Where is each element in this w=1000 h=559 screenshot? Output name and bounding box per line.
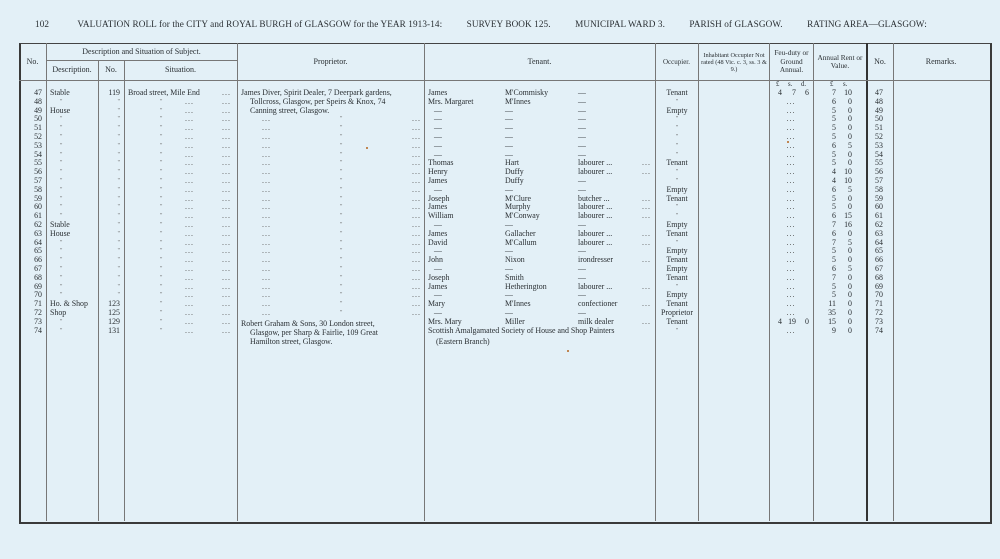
unit-pence: d. xyxy=(801,81,806,88)
cell-occ: " xyxy=(656,133,698,142)
cell-desc: " xyxy=(60,203,62,212)
cell-feu-l: 4 xyxy=(772,318,782,327)
col-header-inhabitant-occupier: Inhabitant Occupier Not rated (48 Vic. c… xyxy=(699,44,769,80)
cell-sit: " xyxy=(160,133,162,142)
parish: PARISH of GLASGOW. xyxy=(689,19,782,29)
cell-occ: " xyxy=(656,168,698,177)
col-header-street-no: No. xyxy=(98,61,124,80)
cell-occ: Tenant xyxy=(656,318,698,327)
cell-sit: " xyxy=(160,151,162,160)
cell-num: 119 xyxy=(100,89,120,98)
cell-feu-l: 4 xyxy=(772,89,782,98)
cell-num: " xyxy=(100,142,120,151)
cell-sit: " xyxy=(160,265,162,274)
cell-propd: " xyxy=(340,195,342,204)
cell-occ: " xyxy=(656,142,698,151)
cell-sit: " xyxy=(160,300,162,309)
cell-num: " xyxy=(100,230,120,239)
cell-occ: " xyxy=(656,203,698,212)
cell-sit: " xyxy=(160,168,162,177)
cell-desc: " xyxy=(60,168,62,177)
cell-desc: House xyxy=(50,107,70,116)
cell-num: " xyxy=(100,98,120,107)
cell-no2: 74 xyxy=(868,327,890,336)
cell-sit: " xyxy=(160,142,162,151)
cell-desc: Shop xyxy=(50,309,66,318)
cell-tocc2: ... xyxy=(642,256,651,265)
cell-occ: " xyxy=(656,327,698,336)
paper-speck xyxy=(787,141,789,143)
cell-desc: " xyxy=(60,318,62,327)
col-header-remarks: Remarks. xyxy=(894,44,988,80)
cell-propd: " xyxy=(340,212,342,221)
cell-rs: 0 xyxy=(838,327,852,336)
cell-propd: " xyxy=(340,291,342,300)
cell-num: " xyxy=(100,195,120,204)
cell-desc: " xyxy=(60,265,62,274)
cell-sit: " xyxy=(160,274,162,283)
cell-desc: " xyxy=(60,256,62,265)
col-header-situation: Situation. xyxy=(124,61,237,80)
cell-sit: " xyxy=(160,124,162,133)
unit-shillings: s. xyxy=(843,81,847,88)
cell-sit: " xyxy=(160,327,162,336)
col-header-description: Description. xyxy=(46,61,98,80)
cell-num: " xyxy=(100,159,120,168)
cell-propd: " xyxy=(340,265,342,274)
cell-sit: " xyxy=(160,256,162,265)
cell-num: " xyxy=(100,124,120,133)
cell-rl: 9 xyxy=(816,327,836,336)
cell-sit: " xyxy=(160,212,162,221)
roll-title: VALUATION ROLL for the CITY and ROYAL BU… xyxy=(77,19,442,29)
cell-num: " xyxy=(100,168,120,177)
cell-num: " xyxy=(100,283,120,292)
cell-num: " xyxy=(100,115,120,124)
cell-desc: " xyxy=(60,195,62,204)
col-header-feu-duty: Feu-duty or Ground Annual. xyxy=(770,44,813,80)
cell-sit: " xyxy=(160,115,162,124)
cell-propd: " xyxy=(340,230,342,239)
cell-sit: " xyxy=(160,230,162,239)
cell-propd: " xyxy=(340,186,342,195)
unit-pounds: £ xyxy=(776,81,779,88)
col-header-tenant: Tenant. xyxy=(424,44,655,80)
cell-sit: " xyxy=(160,309,162,318)
cell-occ: Tenant xyxy=(656,195,698,204)
cell-sit: " xyxy=(160,195,162,204)
cell-num: " xyxy=(100,186,120,195)
cell-desc: " xyxy=(60,159,62,168)
col-header-annual-rent: Annual Rent or Value. xyxy=(814,44,866,80)
col-header-occupier: Occupier. xyxy=(655,44,698,80)
col-header-proprietor: Proprietor. xyxy=(237,44,424,80)
cell-propd: " xyxy=(340,283,342,292)
cell-desc: " xyxy=(60,151,62,160)
cell-occ: Tenant xyxy=(656,230,698,239)
cell-occ: Tenant xyxy=(656,159,698,168)
page-header: 102 VALUATION ROLL for the CITY and ROYA… xyxy=(35,19,995,29)
cell-num: " xyxy=(100,133,120,142)
cell-tocc2: ... xyxy=(642,168,651,177)
cell-num: " xyxy=(100,221,120,230)
cell-num: " xyxy=(100,203,120,212)
cell-sit: " xyxy=(160,283,162,292)
cell-feu-d: 6 xyxy=(799,89,809,98)
cell-propd: " xyxy=(340,159,342,168)
cell-tf: Scottish Amalgamated Society of House an… xyxy=(428,327,615,336)
paper-speck xyxy=(366,147,368,149)
cell-propd2: ... xyxy=(412,309,421,318)
cell-propd: " xyxy=(340,124,342,133)
cell-prop: ... xyxy=(262,309,271,318)
cell-desc: " xyxy=(60,327,62,336)
cell-desc: " xyxy=(60,124,62,133)
cell-sit: " xyxy=(160,159,162,168)
cell-propd: " xyxy=(340,247,342,256)
cell-num: " xyxy=(100,212,120,221)
cell-propd: " xyxy=(340,300,342,309)
cell-num: " xyxy=(100,247,120,256)
cell-desc: " xyxy=(60,274,62,283)
cell-propd: " xyxy=(340,256,342,265)
cell-tocc2: ... xyxy=(642,300,651,309)
cell-num: " xyxy=(100,177,120,186)
cell-feu-d: 0 xyxy=(799,318,809,327)
cell-occ: Empty xyxy=(656,107,698,116)
cell-propd: " xyxy=(340,115,342,124)
cell-num: " xyxy=(100,239,120,248)
cell-num: " xyxy=(100,151,120,160)
cell-feu: ... xyxy=(770,327,812,336)
cell-sit: " xyxy=(160,291,162,300)
cell-propd: " xyxy=(340,239,342,248)
tenant-continuation: (Eastern Branch) xyxy=(436,338,490,347)
cell-propd: " xyxy=(340,168,342,177)
cell-sit: " xyxy=(160,186,162,195)
cell-occ: Tenant xyxy=(656,89,698,98)
proprietor-line: Hamilton street, Glasgow. xyxy=(241,338,378,347)
cell-sit-d1: ... xyxy=(185,327,194,336)
page-number: 102 xyxy=(35,19,49,29)
cell-desc: " xyxy=(60,133,62,142)
cell-occ: Tenant xyxy=(656,274,698,283)
cell-desc: House xyxy=(50,230,70,239)
cell-desc: " xyxy=(60,247,62,256)
cell-desc: " xyxy=(60,142,62,151)
cell-propd: " xyxy=(340,177,342,186)
cell-desc: " xyxy=(60,177,62,186)
cell-num: " xyxy=(100,256,120,265)
cell-num: " xyxy=(100,265,120,274)
cell-num: " xyxy=(100,274,120,283)
cell-desc: " xyxy=(60,115,62,124)
survey-book: SURVEY BOOK 125. xyxy=(467,19,551,29)
rating-area: RATING AREA—GLASGOW: xyxy=(807,19,927,29)
cell-num: " xyxy=(100,107,120,116)
cell-tocc2: ... xyxy=(642,283,651,292)
cell-sit: " xyxy=(160,318,162,327)
unit-shillings: s. xyxy=(788,81,792,88)
paper-speck xyxy=(567,350,569,352)
table-row: 74"131"......Scottish Amalgamated Societ… xyxy=(0,327,1000,336)
cell-desc: " xyxy=(60,239,62,248)
cell-propd: " xyxy=(340,142,342,151)
col-header-no-right: No. xyxy=(867,44,893,80)
cell-sit: " xyxy=(160,239,162,248)
cell-no: 74 xyxy=(22,327,42,336)
col-header-no: No. xyxy=(19,44,46,80)
cell-propd: " xyxy=(340,309,342,318)
cell-sit: " xyxy=(160,107,162,116)
cell-desc: Stable xyxy=(50,89,70,98)
cell-propd: " xyxy=(340,221,342,230)
cell-sit: " xyxy=(160,98,162,107)
unit-pounds: £ xyxy=(830,81,833,88)
cell-tocc2: ... xyxy=(642,318,651,327)
municipal-ward: MUNICIPAL WARD 3. xyxy=(575,19,665,29)
cell-occ: " xyxy=(656,115,698,124)
cell-propd: " xyxy=(340,151,342,160)
cell-sit: " xyxy=(160,247,162,256)
col-header-subject-group: Description and Situation of Subject. xyxy=(46,44,237,60)
cell-sit-d2: ... xyxy=(222,327,231,336)
cell-sit: " xyxy=(160,177,162,186)
cell-tocc2: ... xyxy=(642,239,651,248)
cell-propd: " xyxy=(340,133,342,142)
cell-propd: " xyxy=(340,274,342,283)
cell-num: 131 xyxy=(100,327,120,336)
cell-occ: " xyxy=(656,124,698,133)
cell-propd: " xyxy=(340,203,342,212)
cell-sit: " xyxy=(160,221,162,230)
cell-desc: " xyxy=(60,283,62,292)
cell-tocc2: ... xyxy=(642,212,651,221)
cell-sit: " xyxy=(160,203,162,212)
cell-desc: " xyxy=(60,186,62,195)
